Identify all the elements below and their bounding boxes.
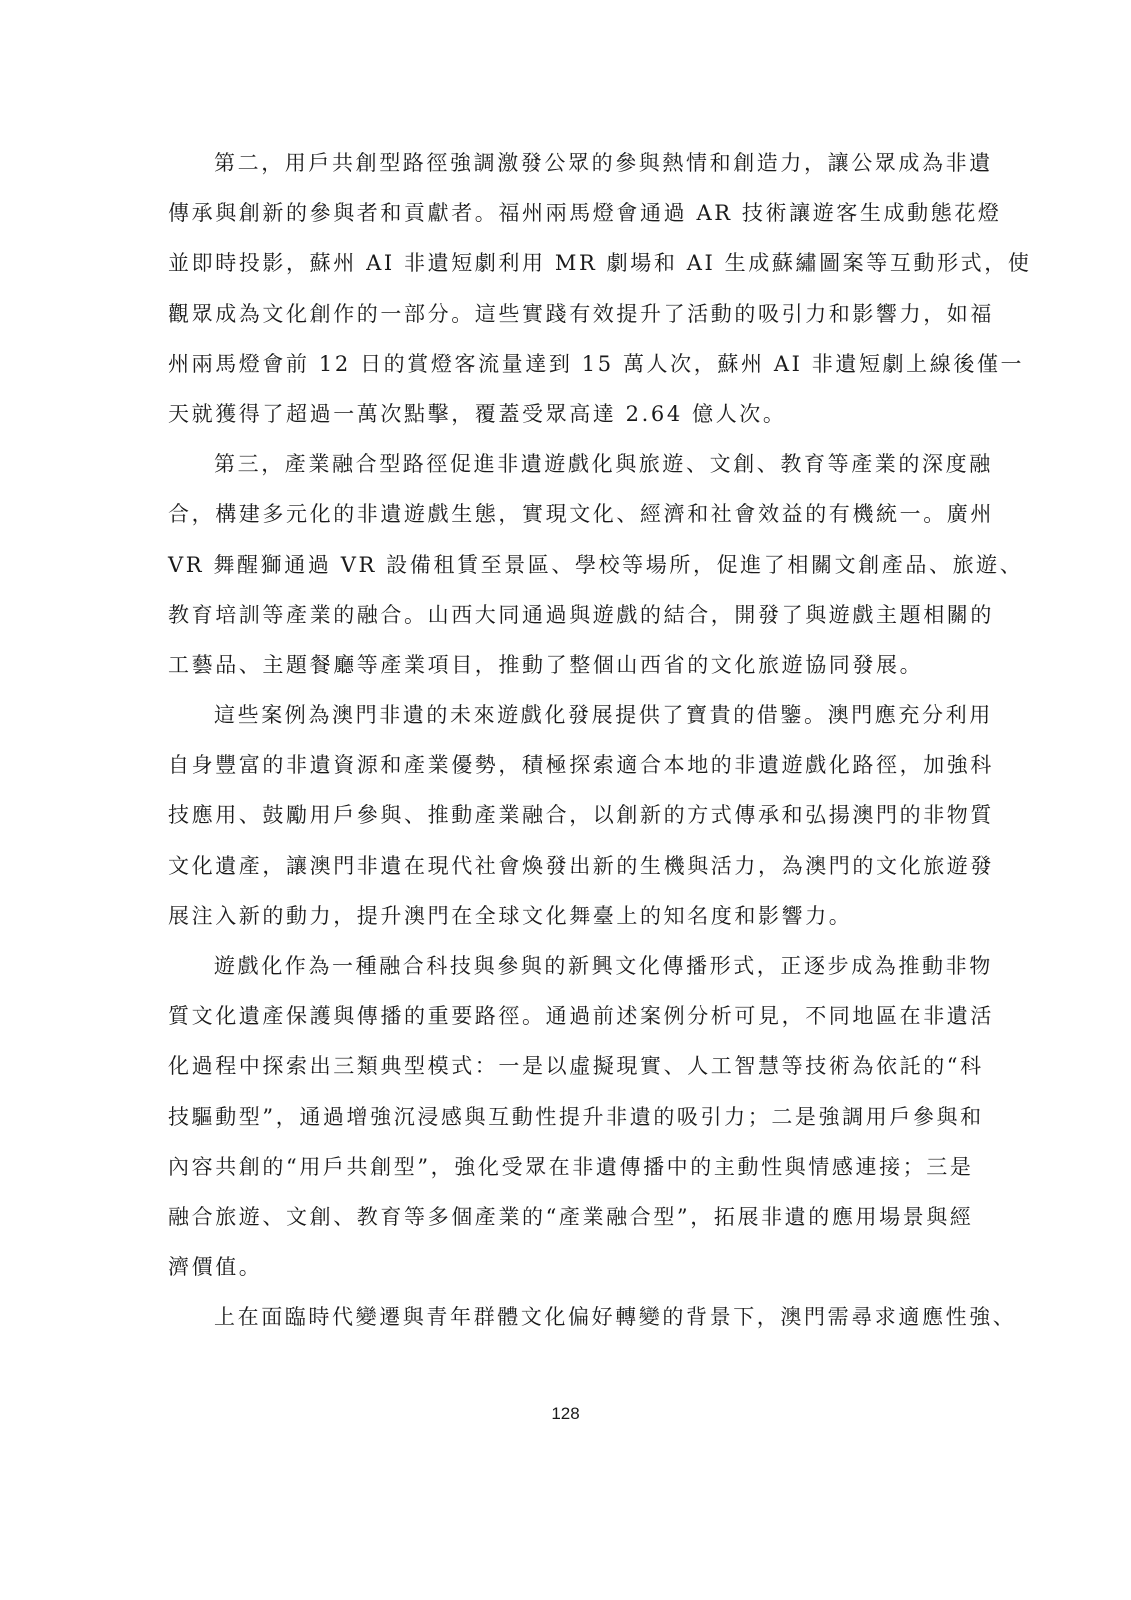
text-line: 教育培訓等產業的融合。山西大同通過與遊戲的結合，開發了與遊戲主題相關的 bbox=[168, 590, 943, 640]
text-line: 傳承與創新的參與者和貢獻者。福州兩馬燈會通過 AR 技術讓遊客生成動態花燈 bbox=[168, 188, 943, 238]
paragraph-2: 第三，產業融合型路徑促進非遺遊戲化與旅遊、文創、教育等產業的深度融 合，構建多元… bbox=[168, 439, 943, 690]
text-line: VR 舞醒獅通過 VR 設備租賃至景區、學校等場所，促進了相關文創產品、旅遊、 bbox=[168, 540, 943, 590]
text-line: 內容共創的“用戶共創型”，強化受眾在非遺傳播中的主動性與情感連接；三是 bbox=[168, 1142, 943, 1192]
text-line: 技驅動型”，通過增強沉浸感與互動性提升非遺的吸引力；二是強調用戶參與和 bbox=[168, 1092, 943, 1142]
text-line: 第三，產業融合型路徑促進非遺遊戲化與旅遊、文創、教育等產業的深度融 bbox=[168, 439, 943, 489]
text-line: 質文化遺產保護與傳播的重要路徑。通過前述案例分析可見，不同地區在非遺活 bbox=[168, 991, 943, 1041]
text-line: 觀眾成為文化創作的一部分。這些實踐有效提升了活動的吸引力和影響力，如福 bbox=[168, 289, 943, 339]
text-line: 化過程中探索出三類典型模式：一是以虛擬現實、人工智慧等技術為依託的“科 bbox=[168, 1041, 943, 1091]
text-line: 技應用、鼓勵用戶參與、推動產業融合，以創新的方式傳承和弘揚澳門的非物質 bbox=[168, 790, 943, 840]
text-line: 上在面臨時代變遷與青年群體文化偏好轉變的背景下，澳門需尋求適應性強、 bbox=[168, 1292, 943, 1342]
paragraph-3: 這些案例為澳門非遺的未來遊戲化發展提供了寶貴的借鑒。澳門應充分利用 自身豐富的非… bbox=[168, 690, 943, 941]
body-text: 第二，用戶共創型路徑強調激發公眾的參與熱情和創造力，讓公眾成為非遺 傳承與創新的… bbox=[168, 138, 943, 1343]
text-line: 州兩馬燈會前 12 日的賞燈客流量達到 15 萬人次，蘇州 AI 非遺短劇上線後… bbox=[168, 339, 943, 389]
document-page: 第二，用戶共創型路徑強調激發公眾的參與熱情和創造力，讓公眾成為非遺 傳承與創新的… bbox=[0, 0, 1131, 1600]
paragraph-1: 第二，用戶共創型路徑強調激發公眾的參與熱情和創造力，讓公眾成為非遺 傳承與創新的… bbox=[168, 138, 943, 439]
text-line: 天就獲得了超過一萬次點擊，覆蓋受眾高達 2.64 億人次。 bbox=[168, 389, 943, 439]
paragraph-4: 遊戲化作為一種融合科技與參與的新興文化傳播形式，正逐步成為推動非物 質文化遺產保… bbox=[168, 941, 943, 1292]
page-number: 128 bbox=[0, 1404, 1131, 1424]
text-line: 並即時投影，蘇州 AI 非遺短劇利用 MR 劇場和 AI 生成蘇繡圖案等互動形式… bbox=[168, 238, 943, 288]
text-line: 這些案例為澳門非遺的未來遊戲化發展提供了寶貴的借鑒。澳門應充分利用 bbox=[168, 690, 943, 740]
text-line: 融合旅遊、文創、教育等多個產業的“產業融合型”，拓展非遺的應用場景與經 bbox=[168, 1192, 943, 1242]
text-line: 自身豐富的非遺資源和產業優勢，積極探索適合本地的非遺遊戲化路徑，加強科 bbox=[168, 740, 943, 790]
text-line: 濟價值。 bbox=[168, 1242, 943, 1292]
paragraph-5: 上在面臨時代變遷與青年群體文化偏好轉變的背景下，澳門需尋求適應性強、 bbox=[168, 1292, 943, 1342]
text-line: 展注入新的動力，提升澳門在全球文化舞臺上的知名度和影響力。 bbox=[168, 891, 943, 941]
text-line: 遊戲化作為一種融合科技與參與的新興文化傳播形式，正逐步成為推動非物 bbox=[168, 941, 943, 991]
text-line: 工藝品、主題餐廳等產業項目，推動了整個山西省的文化旅遊協同發展。 bbox=[168, 640, 943, 690]
text-line: 合，構建多元化的非遺遊戲生態，實現文化、經濟和社會效益的有機統一。廣州 bbox=[168, 489, 943, 539]
text-line: 文化遺產，讓澳門非遺在現代社會煥發出新的生機與活力，為澳門的文化旅遊發 bbox=[168, 841, 943, 891]
text-line: 第二，用戶共創型路徑強調激發公眾的參與熱情和創造力，讓公眾成為非遺 bbox=[168, 138, 943, 188]
